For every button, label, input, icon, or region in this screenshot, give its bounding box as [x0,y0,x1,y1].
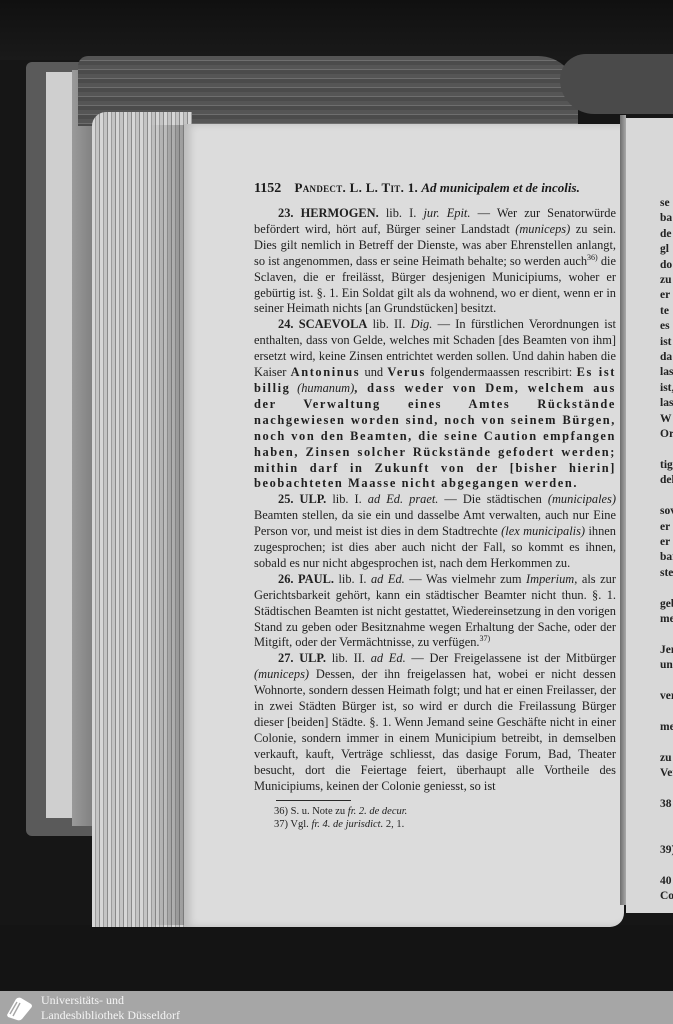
footer-line-2: Landesbibliothek Düsseldorf [41,1008,180,1023]
page-number: 1152 [254,181,281,196]
footer-line-1: Universitäts- und [41,993,180,1008]
facing-page-fragment: veri [660,689,673,704]
facing-page-fragment: zu [660,273,673,288]
footnote-ref-37: 37) [480,634,491,643]
facing-page-fragment: 38 [660,797,673,812]
footnote-36: 36) S. u. Note zu fr. 2. de decur. [274,805,407,818]
facing-page-fragment: zu a [660,751,673,766]
running-head-subtitle: Ad municipalem et de incolis. [421,180,580,195]
library-logo-icon [4,995,34,1021]
book-endpaper [46,72,72,818]
facing-page-fragment: de [660,227,673,242]
facing-page-fragment: ist [660,335,673,350]
facing-page-fragment [660,781,673,796]
backdrop-bottom [0,925,673,991]
facing-page-fragment: las [660,396,673,411]
paragraph-27: 27. ULP. lib. II. ad Ed. — Der Freigelas… [254,651,616,794]
facing-page-fragment [660,581,673,596]
facing-page-fragment: 39) [660,843,673,858]
facing-page-fragment: er [660,535,673,550]
facing-page-fragment: las [660,365,673,380]
footer-institution: Universitäts- und Landesbibliothek Düsse… [41,993,180,1022]
facing-page-fragment: ba [660,211,673,226]
facing-page-fragment: geb [660,597,673,612]
facing-page-fragment: bar [660,550,673,565]
facing-page-fragment [660,858,673,873]
facing-page-fragment: es [660,319,673,334]
facing-page-fragment [660,627,673,642]
facing-page-fragment: ste [660,566,673,581]
facing-page-fragment [660,674,673,689]
facing-page-fragment: Jem [660,643,673,658]
paragraph-23: 23. HERMOGEN. lib. I. jur. Epit. — Wer z… [254,206,616,317]
facing-page-fragment: gl [660,242,673,257]
facing-page-fragment: del [660,473,673,488]
running-head: 1152 Pandect. L. L. Tit. 1. Ad municipal… [254,180,616,197]
page-curl [560,54,673,114]
running-head-title: Pandect. L. L. Tit. 1. [294,180,418,195]
facing-page-fragment [660,443,673,458]
facing-page-fragment [660,704,673,719]
facing-page-fragment: Or [660,427,673,442]
facing-page-fragment: ist, [660,381,673,396]
facing-page-fragment: 40 [660,874,673,889]
facing-page-fragment: W [660,412,673,427]
facing-page-fragment: Co [660,889,673,904]
facing-page-fragment [660,489,673,504]
facing-page-fragment: Ver [660,766,673,781]
facing-page-fragment: sov [660,504,673,519]
facing-page-fragment: tig [660,458,673,473]
facing-page-fragment: mer [660,612,673,627]
paragraph-24: 24. SCAEVOLA lib. II. Dig. — In fürstlic… [254,317,616,492]
facing-page-fragment: er [660,520,673,535]
facing-page-fragment: do [660,258,673,273]
facing-page-fragment [660,735,673,750]
facing-page-fragment: da [660,350,673,365]
facing-page-text: sebadegldozuerteesistdalasist,lasWOr tig… [660,196,673,905]
footnote-rule [276,800,351,801]
footnote-ref-36: 36) [587,253,598,262]
footnotes: 36) S. u. Note zu fr. 2. de decur. 37) V… [274,805,407,831]
facing-page-fragment: mei [660,720,673,735]
facing-page-fragment [660,828,673,843]
page-body: 23. HERMOGEN. lib. I. jur. Epit. — Wer z… [254,206,616,795]
paragraph-25: 25. ULP. lib. I. ad Ed. praet. — Die stä… [254,492,616,572]
paragraph-26: 26. PAUL. lib. I. ad Ed. — Was vielmehr … [254,572,616,652]
backdrop-top [0,0,673,60]
facing-page-fragment: te [660,304,673,319]
footnote-37: 37) Vgl. fr. 4. de jurisdict. 2, 1. [274,818,407,831]
facing-page-fragment: er [660,288,673,303]
facing-page-fragment: unt [660,658,673,673]
facing-page-fragment [660,812,673,827]
facing-page-fragment: se [660,196,673,211]
